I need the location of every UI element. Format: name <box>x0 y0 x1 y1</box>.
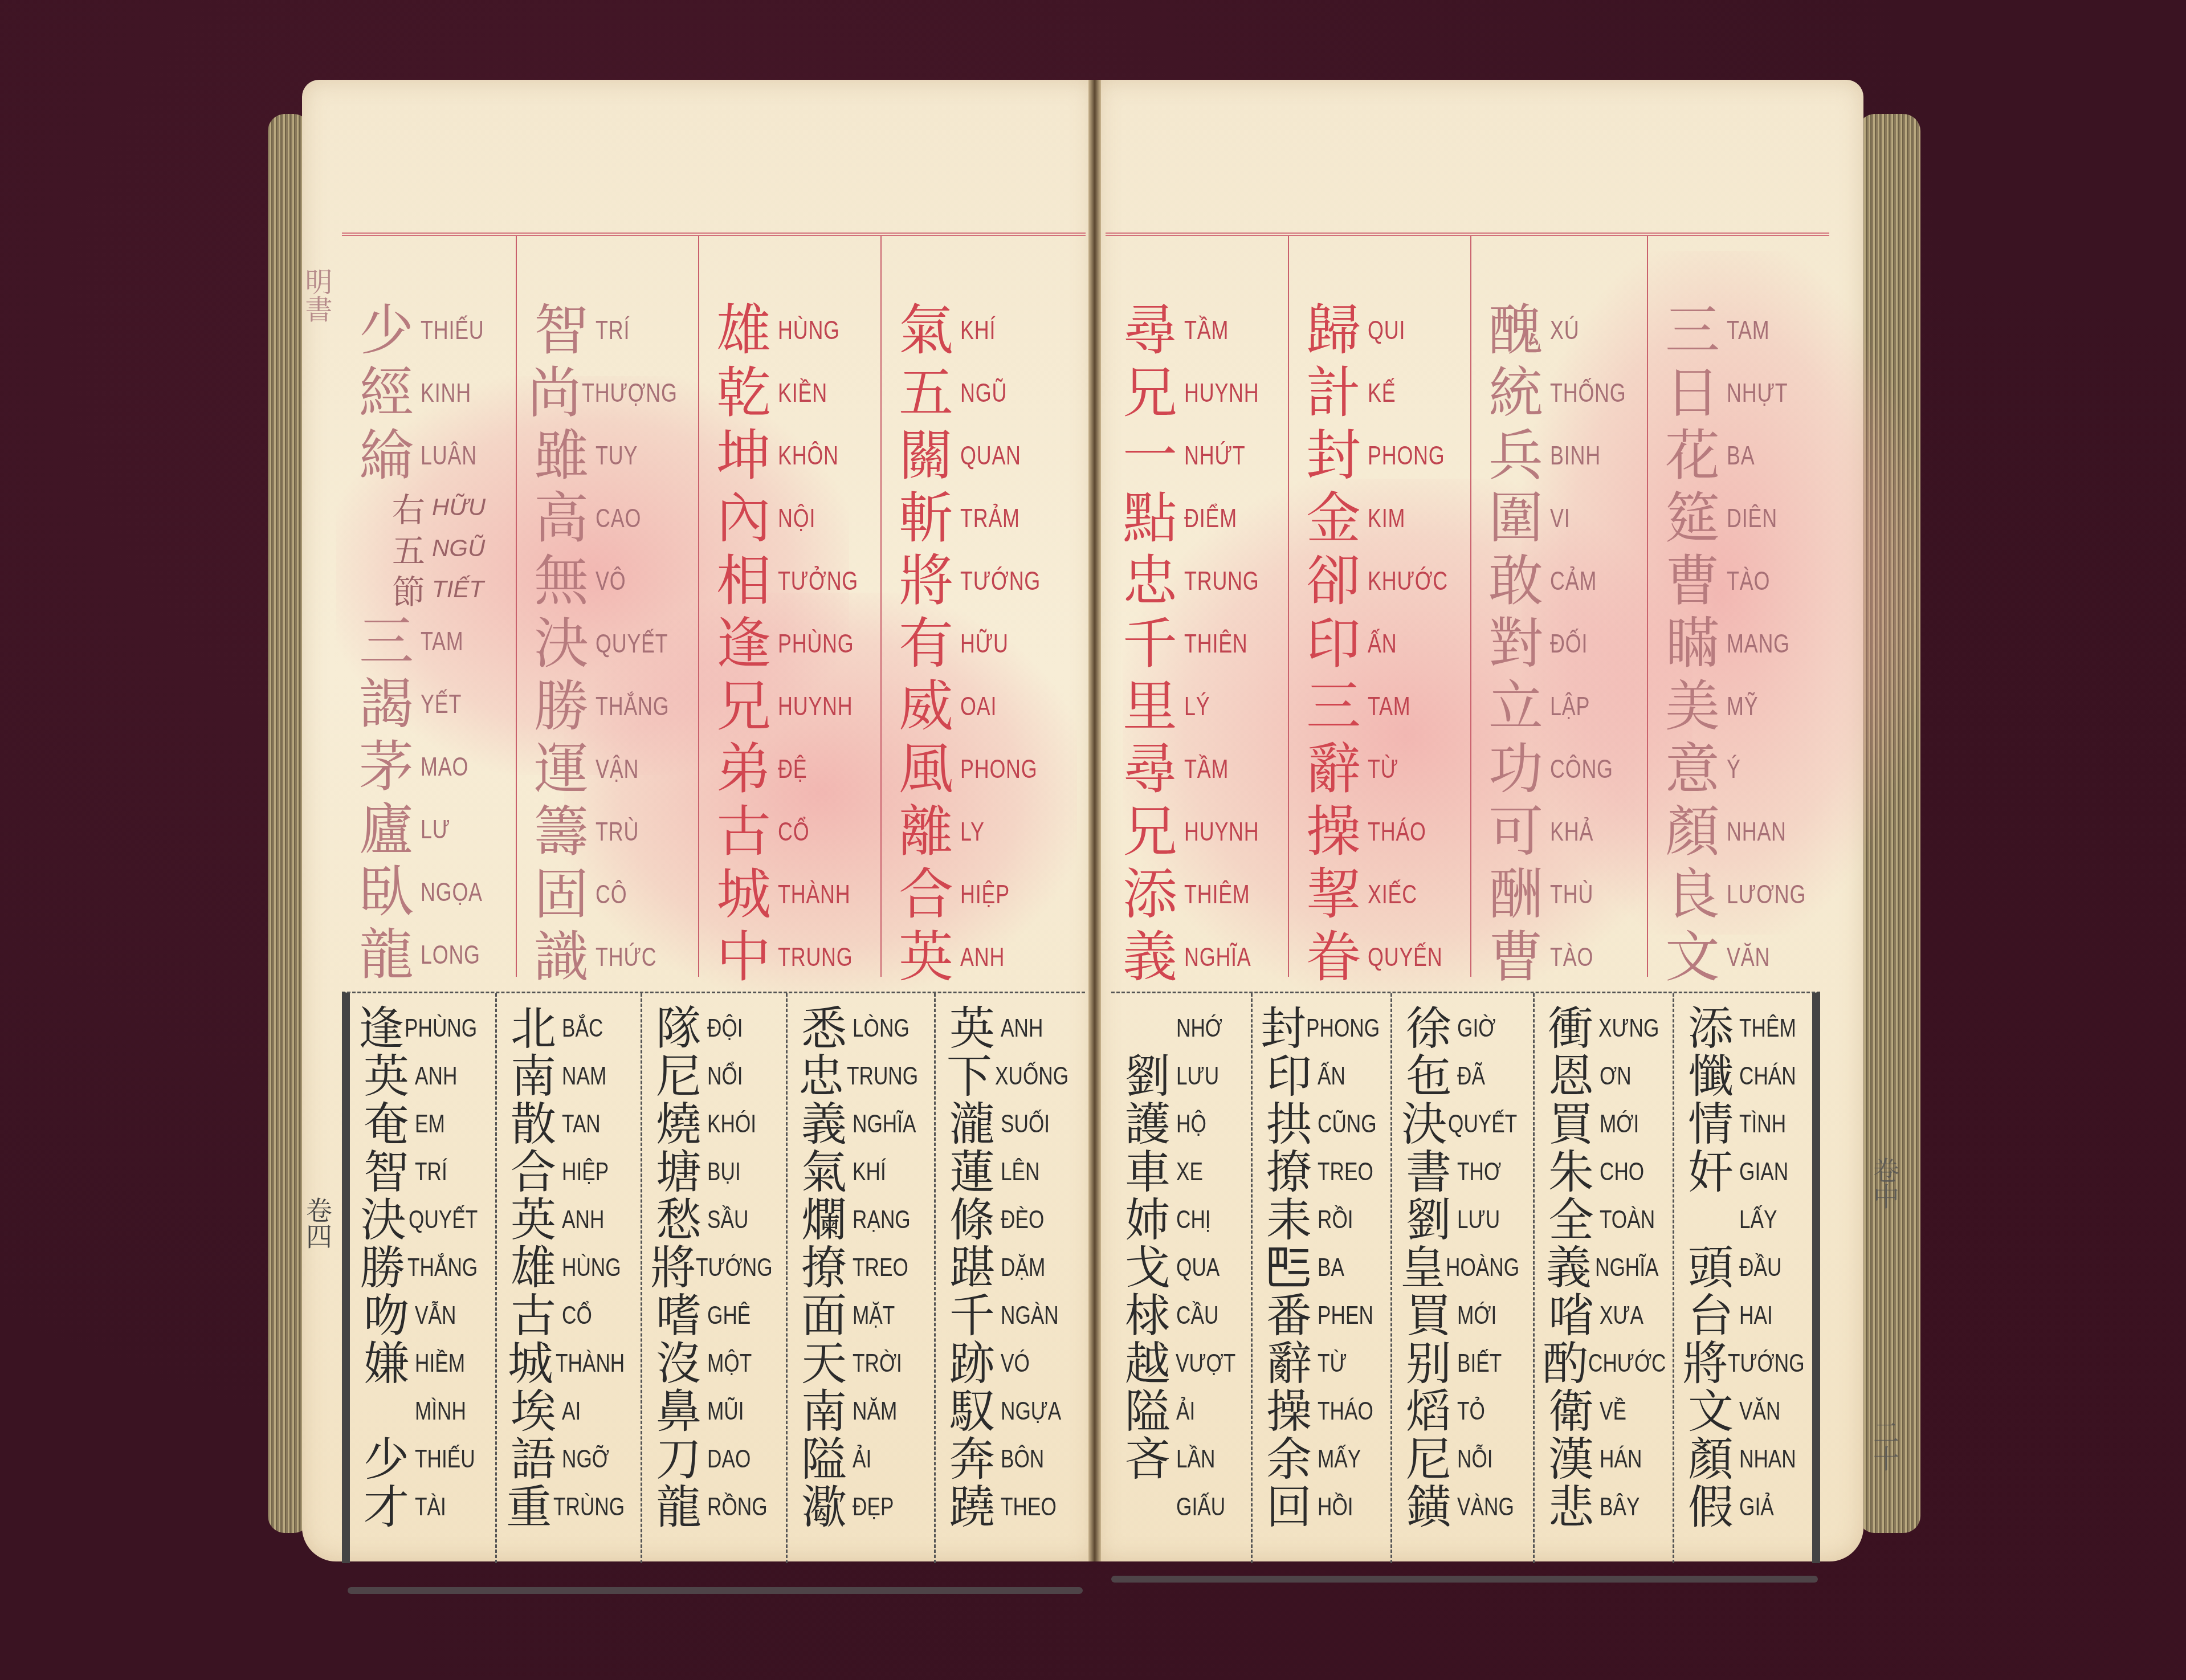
han-char: 越 <box>1119 1341 1176 1387</box>
han-char: 高 <box>527 491 596 545</box>
verse-cell: 敢CẢM <box>1482 549 1648 612</box>
han-char: 熖 <box>1400 1389 1457 1434</box>
romanization: TRUNG <box>847 1062 918 1091</box>
romanization: BA <box>1318 1254 1344 1282</box>
han-char: 智 <box>527 303 596 357</box>
verse-cell: 雄HÙNG <box>709 299 882 361</box>
romanization: ĐỆ <box>778 753 807 784</box>
verse-cell: 操THÁO <box>1261 1388 1392 1436</box>
han-char: 決 <box>527 616 596 671</box>
verse-cell: 千THIÊN <box>1116 612 1288 675</box>
romanization: HIỀM <box>415 1349 465 1378</box>
verse-cell: 圍VI <box>1482 487 1648 549</box>
romanization: HÁN <box>1600 1445 1642 1474</box>
han-char: 籌 <box>527 804 596 859</box>
romanization: NHAN <box>1739 1445 1796 1474</box>
verse-cell: 無VÔ <box>527 549 699 612</box>
han-char: 勝 <box>358 1245 407 1291</box>
romanization: NGỌA <box>421 876 483 907</box>
han-char: 固 <box>527 867 596 921</box>
han-char: 文 <box>1682 1389 1739 1434</box>
verse-cell: 雖TUY <box>527 424 699 487</box>
han-char: 㐌 <box>1400 1054 1457 1099</box>
romanization: PHONG <box>1306 1014 1380 1043</box>
romanization: ẢI <box>1176 1397 1195 1426</box>
romanization: CÔNG <box>1550 753 1613 784</box>
han-char: 敢 <box>1482 553 1550 608</box>
han-char: 三 <box>352 614 421 668</box>
romanization: DIÊN <box>1727 503 1777 533</box>
verse-cell: 語NGỠ <box>505 1436 642 1483</box>
han-char: 添 <box>1116 867 1184 921</box>
han-char: 撩 <box>796 1245 853 1291</box>
verse-cell: 卻KHƯỚC <box>1299 549 1471 612</box>
verse-cell: 金KIM <box>1299 487 1471 549</box>
verse-cell: 氣KHÍ <box>796 1148 936 1196</box>
han-char: 沒 <box>650 1341 707 1387</box>
romanization: THIẾU <box>421 315 484 345</box>
verse-cell: 瀧SUỐI <box>944 1100 1087 1148</box>
verse-cell: 馭NGỰA <box>944 1388 1087 1436</box>
romanization: TRÍ <box>596 315 630 345</box>
romanization: ƠN <box>1600 1062 1632 1091</box>
verse-cell: 風PHONG <box>892 737 1087 800</box>
verse-cell: 兄HUYNH <box>1116 800 1288 863</box>
verse-cell: 尚THƯỢNG <box>527 361 699 424</box>
verse-cell: 三TAM <box>352 610 516 672</box>
verse-cell: 一NHỨT <box>1116 424 1288 487</box>
han-char: 無 <box>527 553 596 608</box>
han-char: 三 <box>1658 303 1727 357</box>
verse-cell: 吻VẪN <box>358 1292 495 1340</box>
verse-cell: 懺CHÁN <box>1682 1053 1814 1100</box>
verse-column: 智TRÍ尚THƯỢNG雖TUY高CAO無VÔ決QUYẾT勝THẮNG運VẬN籌T… <box>516 236 699 977</box>
han-char: 勝 <box>527 679 596 733</box>
romanization: LÝ <box>1184 691 1210 721</box>
left-margin-title: 明書 <box>308 268 336 323</box>
han-char: 雄 <box>709 303 778 357</box>
verse-cell: 功CÔNG <box>1482 737 1648 800</box>
han-char: 義 <box>1543 1245 1595 1291</box>
romanization: HỒI <box>1318 1493 1353 1522</box>
verse-cell: 酌CHƯỚC <box>1543 1340 1674 1388</box>
han-char: 下 <box>944 1054 995 1099</box>
han-char: 內 <box>709 491 778 545</box>
han-char: 封 <box>1299 428 1368 483</box>
verse-cell: 姉CHỊ <box>1119 1196 1251 1244</box>
romanization: XE <box>1176 1158 1203 1186</box>
romanization: VỀ <box>1600 1397 1626 1426</box>
han-char: 書 <box>1400 1149 1457 1195</box>
verse-column: 徐GIỜ㐌ĐÃ決QUYẾT書THƠ劉LƯU皇HOÀNG買MỚI别BIẾT熖TỎ尼… <box>1390 993 1535 1563</box>
verse-cell: 踸DẶM <box>944 1244 1087 1292</box>
han-char: 回 <box>1261 1485 1318 1530</box>
han-char: 將 <box>892 553 960 608</box>
verse-cell: 龍LONG <box>352 923 516 986</box>
romanization: CHO <box>1600 1158 1644 1186</box>
verse-cell: 撩TREO <box>1261 1148 1392 1196</box>
romanization: EM <box>415 1110 445 1139</box>
romanization: LÒNG <box>853 1014 910 1043</box>
verse-cell: 花BA <box>1658 424 1830 487</box>
verse-cell: 高CAO <box>527 487 699 549</box>
romanization: KIỀN <box>778 377 827 408</box>
verse-cell: 燒KHÓI <box>650 1100 788 1148</box>
han-char: 拱 <box>1261 1102 1318 1147</box>
verse-cell: 可KHẢ <box>1482 800 1648 863</box>
han-char: 奸 <box>1682 1149 1739 1195</box>
romanization: LƯU <box>1176 1062 1219 1091</box>
verse-cell: 將TƯỚNG <box>892 549 1087 612</box>
verse-cell: 千NGÀN <box>944 1292 1087 1340</box>
verse-cell: 美MỸ <box>1658 675 1830 737</box>
verse-cell: 固CÔ <box>527 863 699 925</box>
romanization: QUAN <box>960 440 1021 471</box>
verse-cell: 辭TỪ <box>1261 1340 1392 1388</box>
verse-cell: 英ANH <box>505 1196 642 1244</box>
verse-cell: 隘ẢI <box>1119 1388 1251 1436</box>
han-char: 跡 <box>944 1341 1001 1387</box>
romanization: KHÔN <box>778 440 839 471</box>
han-char: 智 <box>358 1149 415 1195</box>
verse-cell: 𨁪GIẤU <box>1119 1483 1251 1531</box>
verse-cell: 朱CHO <box>1543 1148 1674 1196</box>
romanization: NHAN <box>1727 816 1787 847</box>
han-char: 曹 <box>1658 553 1727 608</box>
verse-cell: 余MẤY <box>1261 1436 1392 1483</box>
romanization: VẬN <box>596 753 639 784</box>
han-char: 有 <box>892 616 960 671</box>
verse-cell: 愁SẦU <box>650 1196 788 1244</box>
romanization: HUYNH <box>1184 816 1259 847</box>
verse-cell: 曹TÀO <box>1658 549 1830 612</box>
han-char: 操 <box>1261 1389 1318 1434</box>
verse-cell: 將TƯỚNG <box>1682 1340 1814 1388</box>
verse-cell: 茅MAO <box>352 735 516 798</box>
verse-column: 衝XƯNG恩ƠN買MỚI朱CHO全TOÀN義NGHĨA㗂XƯA酌CHƯỚC衛VỀ… <box>1533 993 1674 1563</box>
romanization: HIỆP <box>960 879 1010 910</box>
han-char: 才 <box>358 1485 415 1530</box>
han-char: 謁 <box>352 676 421 731</box>
romanization: LONG <box>421 939 480 970</box>
verse-cell: 里LÝ <box>1116 675 1288 737</box>
han-char: 龍 <box>352 927 421 982</box>
verse-cell: 合HIỆP <box>505 1148 642 1196</box>
verse-cell: 蓮LÊN <box>944 1148 1087 1196</box>
verse-cell: 兄HUYNH <box>1116 361 1288 424</box>
romanization: PHÙNG <box>778 628 854 659</box>
han-char: 𨉓 <box>358 1389 415 1434</box>
romanization: TẦM <box>1184 315 1229 345</box>
han-char: 意 <box>1658 741 1727 796</box>
verse-cell: 弟ĐỆ <box>709 737 882 800</box>
romanization: THIẾU <box>415 1445 475 1474</box>
verse-cell: 眷QUYẾN <box>1299 925 1471 988</box>
romanization: HỘ <box>1176 1110 1206 1139</box>
romanization: VĂN <box>1739 1397 1780 1426</box>
romanization: BẮC <box>562 1014 603 1043</box>
han-char: 美 <box>1658 679 1727 733</box>
romanization: TỪ <box>1318 1349 1347 1378</box>
han-char: 合 <box>505 1149 562 1195</box>
verse-cell: 回HỒI <box>1261 1483 1392 1531</box>
verse-cell: 皇HOÀNG <box>1400 1244 1535 1292</box>
romanization: TREO <box>853 1254 908 1282</box>
romanization: MẤY <box>1318 1445 1361 1474</box>
romanization: THÁO <box>1318 1397 1373 1426</box>
verse-cell: 操THÁO <box>1299 800 1471 863</box>
verse-cell: 少THIẾU <box>352 299 516 361</box>
romanization: TẦM <box>1184 753 1229 784</box>
romanization: SẦU <box>707 1206 748 1234</box>
romanization: KHƯỚC <box>1368 565 1448 596</box>
verse-cell: 隊ĐỘI <box>650 1005 788 1053</box>
han-char: 買 <box>1400 1293 1457 1339</box>
romanization: TƯỞNG <box>778 565 858 596</box>
right-lower-register: 𢗼NHỚ劉LƯU護HỘ車XE姉CHỊ戈QUA梂CẦU越VƯỢT隘ẢI吝LẦN𨁪G… <box>1111 992 1820 1563</box>
romanization: TƯỚNG <box>696 1254 773 1282</box>
romanization: TOÀN <box>1600 1206 1655 1234</box>
verse-column: 逢PHÙNG英ANH奄EM智TRÍ決QUYẾT勝THẮNG吻VẪN嫌HIỀM𨉓M… <box>350 993 495 1563</box>
romanization: DẶM <box>1001 1254 1045 1282</box>
verse-cell: 重TRÙNG <box>505 1483 642 1531</box>
han-char: 南 <box>796 1389 853 1434</box>
verse-cell: 中TRUNG <box>709 925 882 988</box>
verse-cell: 劉LƯU <box>1400 1196 1535 1244</box>
han-char: 威 <box>892 679 960 733</box>
verse-cell: 酬THÙ <box>1482 863 1648 925</box>
romanization: QUYẾT <box>409 1206 478 1234</box>
romanization: NGŨ <box>432 535 485 562</box>
han-char: 愁 <box>650 1197 707 1243</box>
han-char: 歸 <box>1299 303 1368 357</box>
section-note: 節TIẾT <box>352 569 516 610</box>
han-char: 耒 <box>1261 1197 1318 1243</box>
verse-cell: 智TRÍ <box>527 299 699 361</box>
romanization: ẤN <box>1318 1062 1345 1091</box>
romanization: CHƯỚC <box>1588 1349 1666 1378</box>
romanization: XIẾC <box>1368 879 1417 910</box>
verse-column: 尋TẦM兄HUYNH一NHỨT點ĐIỂM忠TRUNG千THIÊN里LÝ尋TẦM兄… <box>1106 236 1288 977</box>
verse-cell: 識THỨC <box>527 925 699 988</box>
romanization: THƯỢNG <box>582 377 678 408</box>
romanization: NGỰA <box>1001 1397 1061 1426</box>
verse-cell: 吝LẦN <box>1119 1436 1251 1483</box>
romanization: GIẢ <box>1739 1493 1774 1522</box>
verse-cell: 內NỘI <box>709 487 882 549</box>
verse-cell: 決QUYẾT <box>1400 1100 1535 1148</box>
romanization: ĐẦU <box>1739 1254 1781 1282</box>
han-char: 圍 <box>1482 491 1550 545</box>
verse-cell: 城THÀNH <box>505 1340 642 1388</box>
han-char: 兄 <box>1116 365 1184 420</box>
romanization: HAI <box>1739 1302 1773 1330</box>
romanization: CŨNG <box>1318 1110 1377 1139</box>
verse-cell: 𨉓MÌNH <box>358 1388 495 1436</box>
verse-cell: 天TRỜI <box>796 1340 936 1388</box>
han-char: 相 <box>709 553 778 608</box>
han-char: 皇 <box>1400 1245 1446 1291</box>
han-char: 茅 <box>352 739 421 794</box>
romanization: CỔ <box>562 1302 592 1330</box>
han-char: 操 <box>1299 804 1368 859</box>
romanization: LẦN <box>1176 1445 1215 1474</box>
romanization: CÔ <box>596 879 627 910</box>
han-char: 燒 <box>650 1102 707 1147</box>
verse-cell: 龍RỒNG <box>650 1483 788 1531</box>
romanization: RẠNG <box>853 1206 911 1234</box>
romanization: ĐỘI <box>707 1014 743 1043</box>
han-char: 逢 <box>358 1006 405 1051</box>
verse-column: 北BẮC南NAM散TAN合HIỆP英ANH雄HÙNG古CỔ城THÀNH埃AI語N… <box>495 993 642 1563</box>
romanization: LY <box>960 816 985 847</box>
verse-cell: 統THỐNG <box>1482 361 1648 424</box>
han-char: 朱 <box>1543 1149 1600 1195</box>
han-char: 良 <box>1658 867 1727 921</box>
romanization: TÀI <box>415 1493 446 1522</box>
verse-cell: 條ĐÈO <box>944 1196 1087 1244</box>
romanization: KHẢ <box>1550 816 1593 847</box>
verse-cell: 曹TÀO <box>1482 925 1648 988</box>
romanization: HUYNH <box>778 691 853 721</box>
romanization: THIÊN <box>1184 628 1248 659</box>
verse-cell: 梂CẦU <box>1119 1292 1251 1340</box>
romanization: NỖI <box>1457 1445 1493 1474</box>
han-char: 義 <box>796 1102 853 1147</box>
left-upper-register: 少THIẾU 經KINH 綸LUÂN 右HỮU 五NGŨ 節TIẾT 三TAM … <box>342 233 1086 977</box>
romanization: XÚ <box>1550 315 1579 345</box>
verse-cell: 蹺THEO <box>944 1483 1087 1531</box>
han-char: 吝 <box>1119 1437 1176 1482</box>
romanization: MỘT <box>707 1349 752 1378</box>
verse-cell: 決QUYẾT <box>527 612 699 675</box>
romanization: KHÍ <box>960 315 996 345</box>
verse-cell: 爛RẠNG <box>796 1196 936 1244</box>
verse-cell: 南NĂM <box>796 1388 936 1436</box>
romanization: THÊM <box>1739 1014 1796 1043</box>
verse-cell: 衝XƯNG <box>1543 1005 1674 1053</box>
verse-cell: 奸GIAN <box>1682 1148 1814 1196</box>
verse-cell: 㵣ĐẸP <box>796 1483 936 1531</box>
verse-cell: 忠TRUNG <box>1116 549 1288 612</box>
han-char: 語 <box>505 1437 562 1482</box>
han-char: 漢 <box>1543 1437 1600 1482</box>
han-char: 鐄 <box>1400 1485 1457 1530</box>
verse-cell: 車XE <box>1119 1148 1251 1196</box>
open-book: 明書 卷四 卷中 二十 少THIẾU 經KINH 綸LUÂN 右HỮU 五NGŨ… <box>268 80 1920 1567</box>
verse-cell: 頭ĐẦU <box>1682 1244 1814 1292</box>
han-char: 尼 <box>650 1054 707 1099</box>
verse-column: 封PHONG印ẤN拱CŨNG撩TREO耒RỒI𠀧BA番PHEN辭TỪ操THÁO余… <box>1251 993 1392 1563</box>
han-char: 撩 <box>1261 1149 1318 1195</box>
verse-cell: 坤KHÔN <box>709 424 882 487</box>
verse-cell: 鼻MŨI <box>650 1388 788 1436</box>
verse-cell: 書THƠ <box>1400 1148 1535 1196</box>
han-char: 奄 <box>358 1102 415 1147</box>
verse-cell: 奔BÔN <box>944 1436 1087 1483</box>
left-margin-volume: 卷四 <box>308 1197 336 1249</box>
han-char: 梂 <box>1119 1293 1176 1339</box>
romanization: TRÙ <box>596 816 639 847</box>
han-char: 頭 <box>1682 1245 1739 1291</box>
verse-cell: 護HỘ <box>1119 1100 1251 1148</box>
romanization: HỮU <box>960 628 1009 659</box>
han-char: 隊 <box>650 1006 707 1051</box>
han-char: 𢭂 <box>1682 1197 1739 1243</box>
verse-cell: 㐌ĐÃ <box>1400 1053 1535 1100</box>
han-char: 少 <box>358 1437 415 1482</box>
han-char: 風 <box>892 741 960 796</box>
verse-cell: 經KINH <box>352 361 516 424</box>
verse-cell: 筵DIÊN <box>1658 487 1830 549</box>
han-char: 台 <box>1682 1293 1739 1339</box>
romanization: LƯƠNG <box>1727 879 1806 910</box>
verse-cell: 顏NHAN <box>1658 800 1830 863</box>
verse-cell: 有HỮU <box>892 612 1087 675</box>
romanization: KHÍ <box>853 1158 886 1186</box>
verse-cell: 面MẶT <box>796 1292 936 1340</box>
romanization: KẾ <box>1368 377 1396 408</box>
romanization: TRÙNG <box>553 1493 625 1522</box>
verse-cell: 決QUYẾT <box>358 1196 495 1244</box>
han-char: 酬 <box>1482 867 1550 921</box>
romanization: THÙ <box>1550 879 1593 910</box>
verse-cell: 逢PHÙNG <box>358 1005 495 1053</box>
romanization: ĐIỂM <box>1184 503 1237 533</box>
verse-cell: 添THIÊM <box>1116 863 1288 925</box>
romanization: HỮU <box>432 494 486 521</box>
romanization: ẤN <box>1368 628 1397 659</box>
han-char: 一 <box>1116 428 1184 483</box>
verse-cell: 義NGHĨA <box>1543 1244 1674 1292</box>
han-char: 劉 <box>1119 1054 1176 1099</box>
verse-cell: 隘ẢI <box>796 1436 936 1483</box>
verse-cell: 立LẬP <box>1482 675 1648 737</box>
han-char: 離 <box>892 804 960 859</box>
romanization: QUYẾT <box>1448 1110 1517 1139</box>
han-char: 乾 <box>709 365 778 420</box>
verse-column: 氣KHÍ五NGŨ關QUAN斬TRẢM將TƯỚNG有HỮU威OAI風PHONG離L… <box>880 236 1087 977</box>
romanization: MAO <box>421 751 468 782</box>
verse-cell: 嗜GHÊ <box>650 1292 788 1340</box>
verse-cell: 恩ƠN <box>1543 1053 1674 1100</box>
romanization: CAO <box>596 503 641 533</box>
romanization: RỒI <box>1318 1206 1353 1234</box>
verse-cell: 斬TRẢM <box>892 487 1087 549</box>
han-char: 千 <box>1116 616 1184 671</box>
verse-cell: 封PHONG <box>1299 424 1471 487</box>
han-char: 可 <box>1482 804 1550 859</box>
han-char: 經 <box>352 365 421 420</box>
romanization: MŨI <box>707 1397 744 1426</box>
romanization: TRÍ <box>415 1158 447 1186</box>
han-char: 𨁪 <box>1119 1485 1176 1530</box>
han-char: 五 <box>892 365 960 420</box>
han-char: 衝 <box>1543 1006 1598 1051</box>
romanization: THIÊM <box>1184 879 1250 910</box>
han-char: 合 <box>892 867 960 921</box>
romanization: YẾT <box>421 688 462 719</box>
verse-cell: 歸QUI <box>1299 299 1471 361</box>
han-char: 卻 <box>1299 553 1368 608</box>
verse-cell: 合HIỆP <box>892 863 1087 925</box>
romanization: TIẾT <box>432 576 484 603</box>
verse-cell: 㗂XƯA <box>1543 1292 1674 1340</box>
verse-cell: 瞞MANG <box>1658 612 1830 675</box>
han-char: 奔 <box>944 1437 1001 1482</box>
han-char: 弟 <box>709 741 778 796</box>
romanization: MẶT <box>853 1302 895 1330</box>
